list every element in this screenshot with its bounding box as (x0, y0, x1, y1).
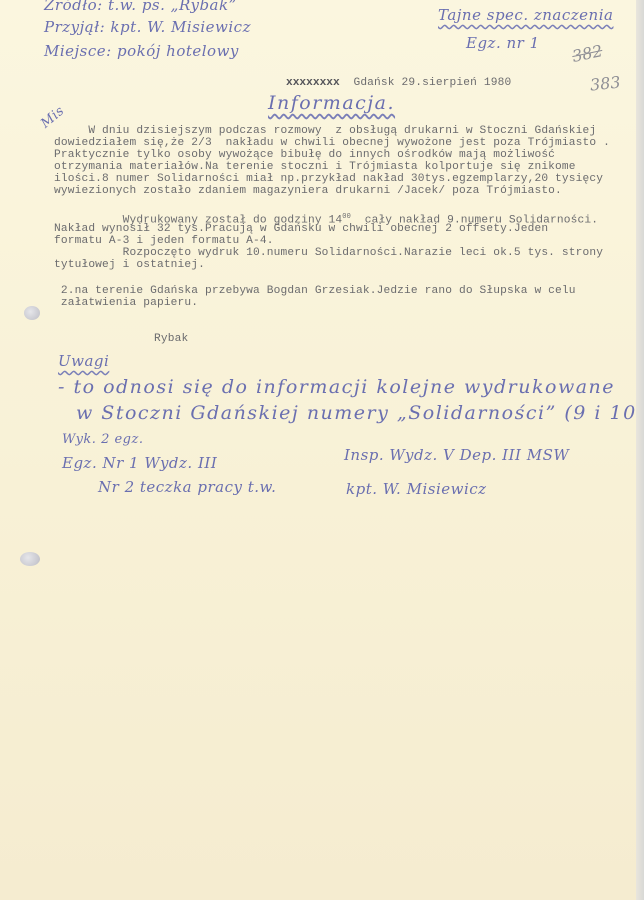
copy-2-distribution: Nr 2 teczka pracy t.w. (98, 478, 276, 496)
punch-hole (24, 306, 40, 320)
date-text: Gdańsk 29.sierpień 1980 (353, 77, 511, 89)
body-line: wywiezionych zostało zdaniem magazyniera… (54, 186, 562, 198)
source-line: Źródło: t.w. ps. „Rybak” (44, 0, 237, 14)
date-line: xxxxxxxx Gdańsk 29.sierpień 1980 (286, 78, 511, 90)
received-by-line: Przyjął: kpt. W. Misiewicz (44, 18, 251, 36)
copies-made: Wyk. 2 egz. (62, 432, 143, 447)
body-line: 2.na terenie Gdańska przebywa Bogdan Grz… (54, 286, 576, 298)
classification-label: Tajne spec. znaczenia (438, 6, 613, 24)
punch-hole (20, 552, 40, 566)
body-line: W dniu dzisiejszym podczas rozmowy z obs… (54, 126, 596, 138)
officer-name: kpt. W. Misiewicz (346, 480, 487, 498)
copy-number: Egz. nr 1 (466, 34, 540, 52)
body-line: otrzymania materiałów.Na terenie stoczni… (54, 162, 576, 174)
body-line: ilości.8 numer Solidarności miał np.przy… (54, 174, 603, 186)
archive-number: 383 (589, 72, 621, 94)
document-page: Źródło: t.w. ps. „Rybak” Przyjął: kpt. W… (0, 0, 636, 900)
superscript-time: 00 (342, 213, 351, 221)
body-line: Praktycznie tylko osoby wywożące bibułę … (54, 150, 555, 162)
body-line: tytułowej i ostatniej. (54, 260, 205, 272)
scanner-edge (636, 0, 644, 900)
officer-position: Insp. Wydz. V Dep. III MSW (344, 446, 569, 464)
notes-heading: Uwagi (58, 352, 109, 370)
notes-line: w Stoczni Gdańskiej numery „Solidarności… (76, 402, 644, 424)
notes-line: - to odnosi się do informacji kolejne wy… (58, 376, 615, 398)
copy-1-distribution: Egz. Nr 1 Wydz. III (62, 454, 217, 472)
body-line: Rozpoczęto wydruk 10.numeru Solidarności… (54, 248, 603, 260)
body-line: formatu A-3 i jeden formatu A-4. (54, 236, 274, 248)
struck-out-text: xxxxxxxx (286, 77, 340, 89)
typed-signature: Rybak (154, 334, 188, 346)
body-line: załatwienia papieru. (54, 298, 198, 310)
place-line: Miejsce: pokój hotelowy (44, 42, 239, 60)
archive-number-crossed: 382 (570, 41, 604, 66)
body-line: Nakład wynosił 32 tys.Pracują w Gdańsku … (54, 224, 548, 236)
document-title: Informacja. (268, 92, 395, 114)
body-line: dowiedziałem się,że 2/3 nakładu w chwili… (54, 138, 610, 150)
